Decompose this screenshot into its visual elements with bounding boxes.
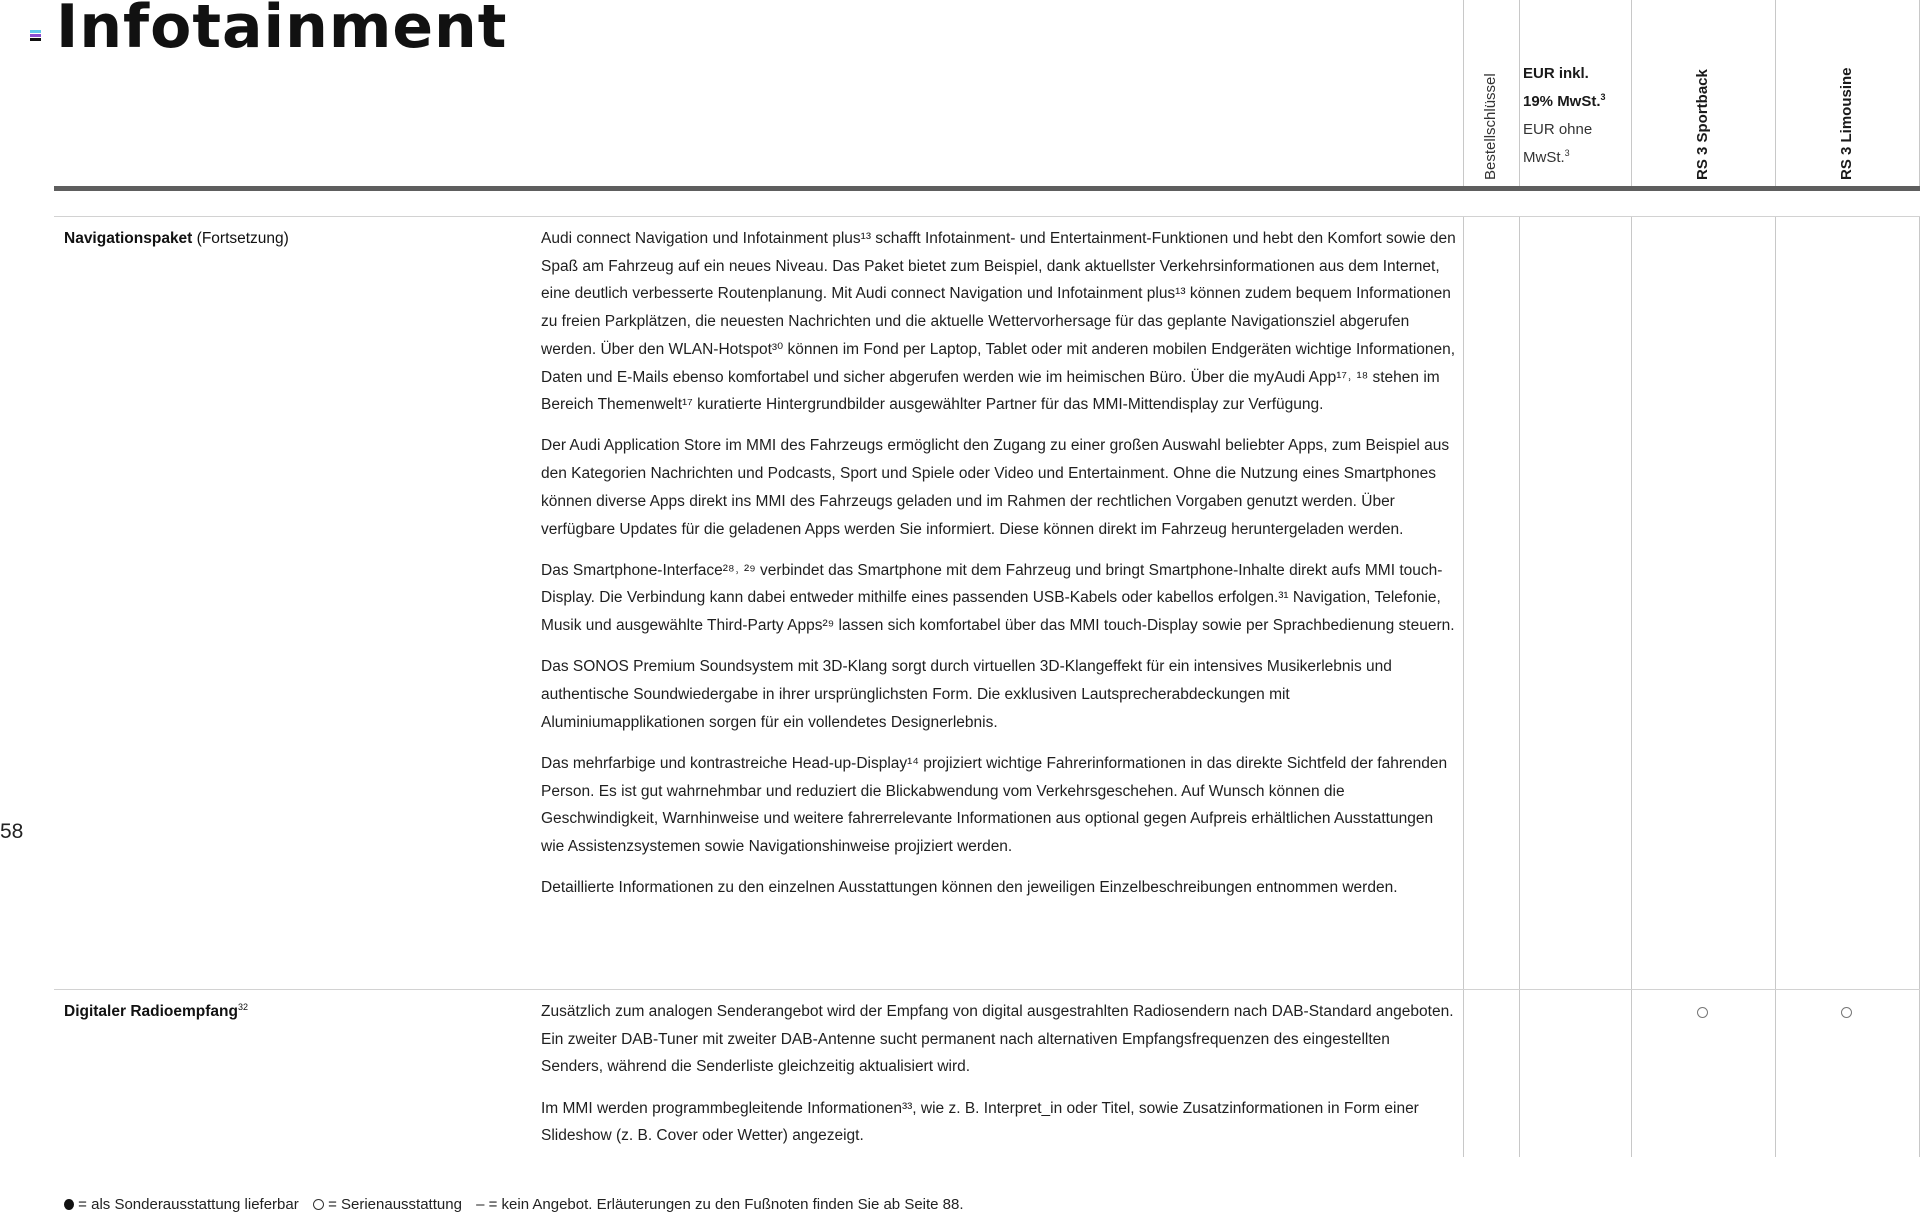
column-divider bbox=[1775, 0, 1776, 188]
standard-equipment-circle-icon bbox=[1841, 1007, 1852, 1018]
header-rule bbox=[54, 186, 1920, 191]
brand-color-marks bbox=[30, 30, 41, 42]
row-description-navigationspaket: Audi connect Navigation und Infotainment… bbox=[541, 225, 1456, 915]
legend: = als Sonderausstattung lieferbar = Seri… bbox=[64, 1196, 964, 1213]
row-description-digitaler-radioempfang: Zusätzlich zum analogen Senderangebot wi… bbox=[541, 998, 1456, 1164]
header-price-incl-line1: EUR inkl. bbox=[1523, 60, 1606, 88]
color-mark-black bbox=[30, 38, 41, 41]
description-paragraph: Im MMI werden programmbegleitende Inform… bbox=[541, 1095, 1456, 1150]
color-mark-purple bbox=[30, 34, 41, 37]
column-divider bbox=[1463, 217, 1464, 1157]
header-order-key: Bestellschlüssel bbox=[1482, 60, 1499, 180]
description-paragraph: Zusätzlich zum analogen Senderangebot wi… bbox=[541, 998, 1456, 1081]
header-price-excl-line2: MwSt.3 bbox=[1523, 144, 1606, 172]
column-divider bbox=[1631, 0, 1632, 188]
description-paragraph: Detaillierte Informationen zu den einzel… bbox=[541, 874, 1456, 902]
legend-standard: = Serienausstattung bbox=[328, 1196, 462, 1213]
description-paragraph: Das mehrfarbige und kontrastreiche Head-… bbox=[541, 750, 1456, 861]
legend-none: – = kein Angebot. Erläuterungen zu den F… bbox=[476, 1196, 963, 1213]
description-paragraph: Das SONOS Premium Soundsystem mit 3D-Kla… bbox=[541, 653, 1456, 736]
standard-equipment-circle-icon bbox=[1697, 1007, 1708, 1018]
column-divider bbox=[1463, 0, 1464, 188]
column-divider bbox=[1631, 217, 1632, 1157]
table-top-line bbox=[54, 216, 1920, 217]
row-separator bbox=[54, 989, 1920, 990]
row-label-navigationspaket: Navigationspaket (Fortsetzung) bbox=[64, 230, 289, 248]
column-divider bbox=[1519, 217, 1520, 1157]
filled-circle-icon bbox=[64, 1199, 74, 1210]
header-model-rs3-limousine: RS 3 Limousine bbox=[1838, 60, 1855, 180]
open-circle-icon bbox=[313, 1199, 324, 1210]
description-paragraph: Der Audi Application Store im MMI des Fa… bbox=[541, 432, 1456, 543]
header-price-incl-line2: 19% MwSt.3 bbox=[1523, 88, 1606, 116]
header-price: EUR inkl. 19% MwSt.3 EUR ohne MwSt.3 bbox=[1523, 60, 1606, 172]
column-divider bbox=[1775, 217, 1776, 1157]
legend-optional: = als Sonderausstattung lieferbar bbox=[78, 1196, 299, 1213]
description-paragraph: Audi connect Navigation und Infotainment… bbox=[541, 225, 1456, 419]
header-price-excl-line1: EUR ohne bbox=[1523, 116, 1606, 144]
page-number: 58 bbox=[0, 820, 23, 844]
header-model-rs3-sportback: RS 3 Sportback bbox=[1694, 60, 1711, 180]
description-paragraph: Das Smartphone-Interface²⁸˒ ²⁹ verbindet… bbox=[541, 557, 1456, 640]
color-mark-cyan bbox=[30, 30, 41, 33]
column-divider bbox=[1519, 0, 1520, 188]
row-label-digitaler-radioempfang: Digitaler Radioempfang32 bbox=[64, 1003, 248, 1021]
page-title: Infotainment bbox=[56, 0, 507, 62]
